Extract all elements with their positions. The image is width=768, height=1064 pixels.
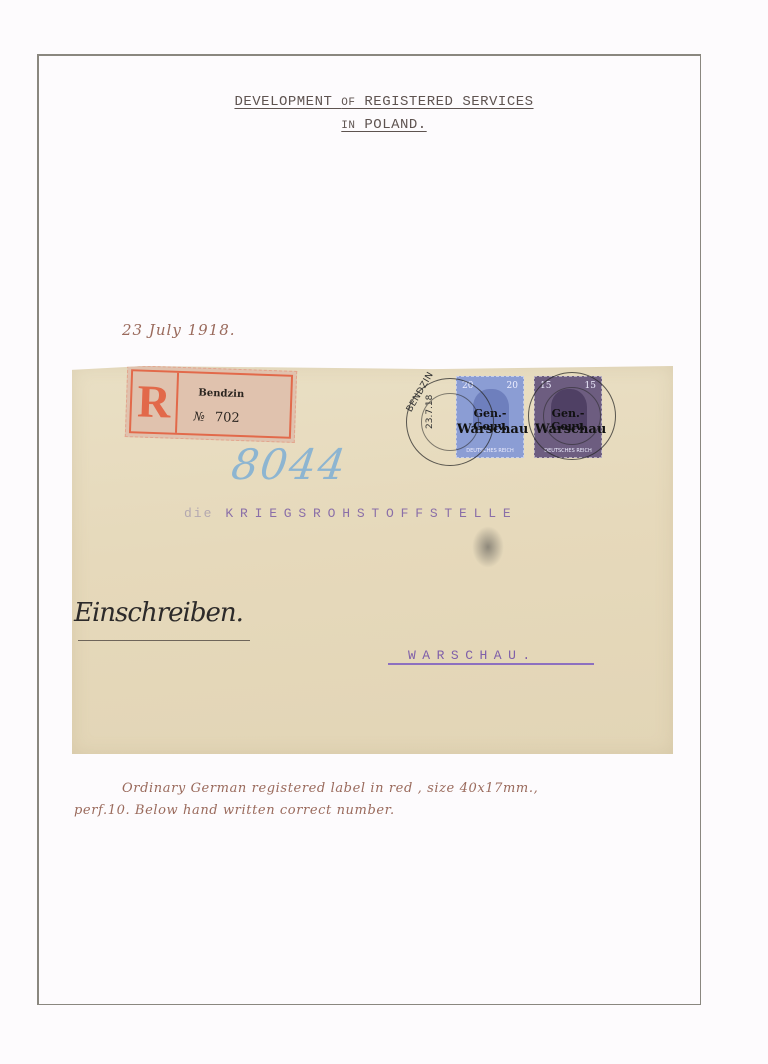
caption-line2: perf.10. Below hand written correct numb… [74,803,395,818]
handwritten-underline [78,640,250,641]
addressee-name: KRIEGSROHSTOFFSTELLE [225,506,517,521]
ink-stain [472,526,504,568]
cover-date: 23 July 1918. [122,321,236,339]
registration-number: 702 [215,410,240,426]
title-part: OF [341,97,355,109]
city-underline [388,663,594,665]
registration-label-frame: R Bendzin №702 [129,369,293,439]
registration-label: R Bendzin №702 [125,365,297,443]
registration-town: Bendzin [198,388,244,401]
title-part: DEVELOPMENT [234,94,341,110]
registration-number-row: №702 [193,409,240,426]
page-title-line2: IN POLAND. [0,117,768,133]
handwritten-number: 8044 [229,440,351,489]
title-part: REGISTERED SERVICES [356,94,534,110]
addressee-prefix: die [184,506,213,521]
handwritten-einschreiben: Einschreiben. [74,598,243,628]
postmark-inner-ring [543,387,601,445]
addressee-line: dieKRIEGSROHSTOFFSTELLE [184,506,517,521]
destination-city: WARSCHAU. [408,648,537,663]
page-title-line1: DEVELOPMENT OF REGISTERED SERVICES [0,94,768,110]
postmark-bendzin: BENDZIN 23.7.18 [406,378,494,466]
envelope-cover: R Bendzin №702 20 20 Gen.-Gouv. Warschau… [72,366,673,754]
title-part: IN [341,120,355,132]
postmark-date: 23.7.18 [425,395,435,429]
cover-description: Ordinary German registered label in red … [74,778,674,822]
postmark-second [528,372,616,460]
registration-letter: R [137,378,172,425]
title-part: POLAND. [355,117,426,133]
registration-letter-box: R [131,371,179,433]
number-sign: № [193,409,205,423]
stamp-value: 20 [507,381,518,391]
caption-line1: Ordinary German registered label in red … [74,778,674,800]
